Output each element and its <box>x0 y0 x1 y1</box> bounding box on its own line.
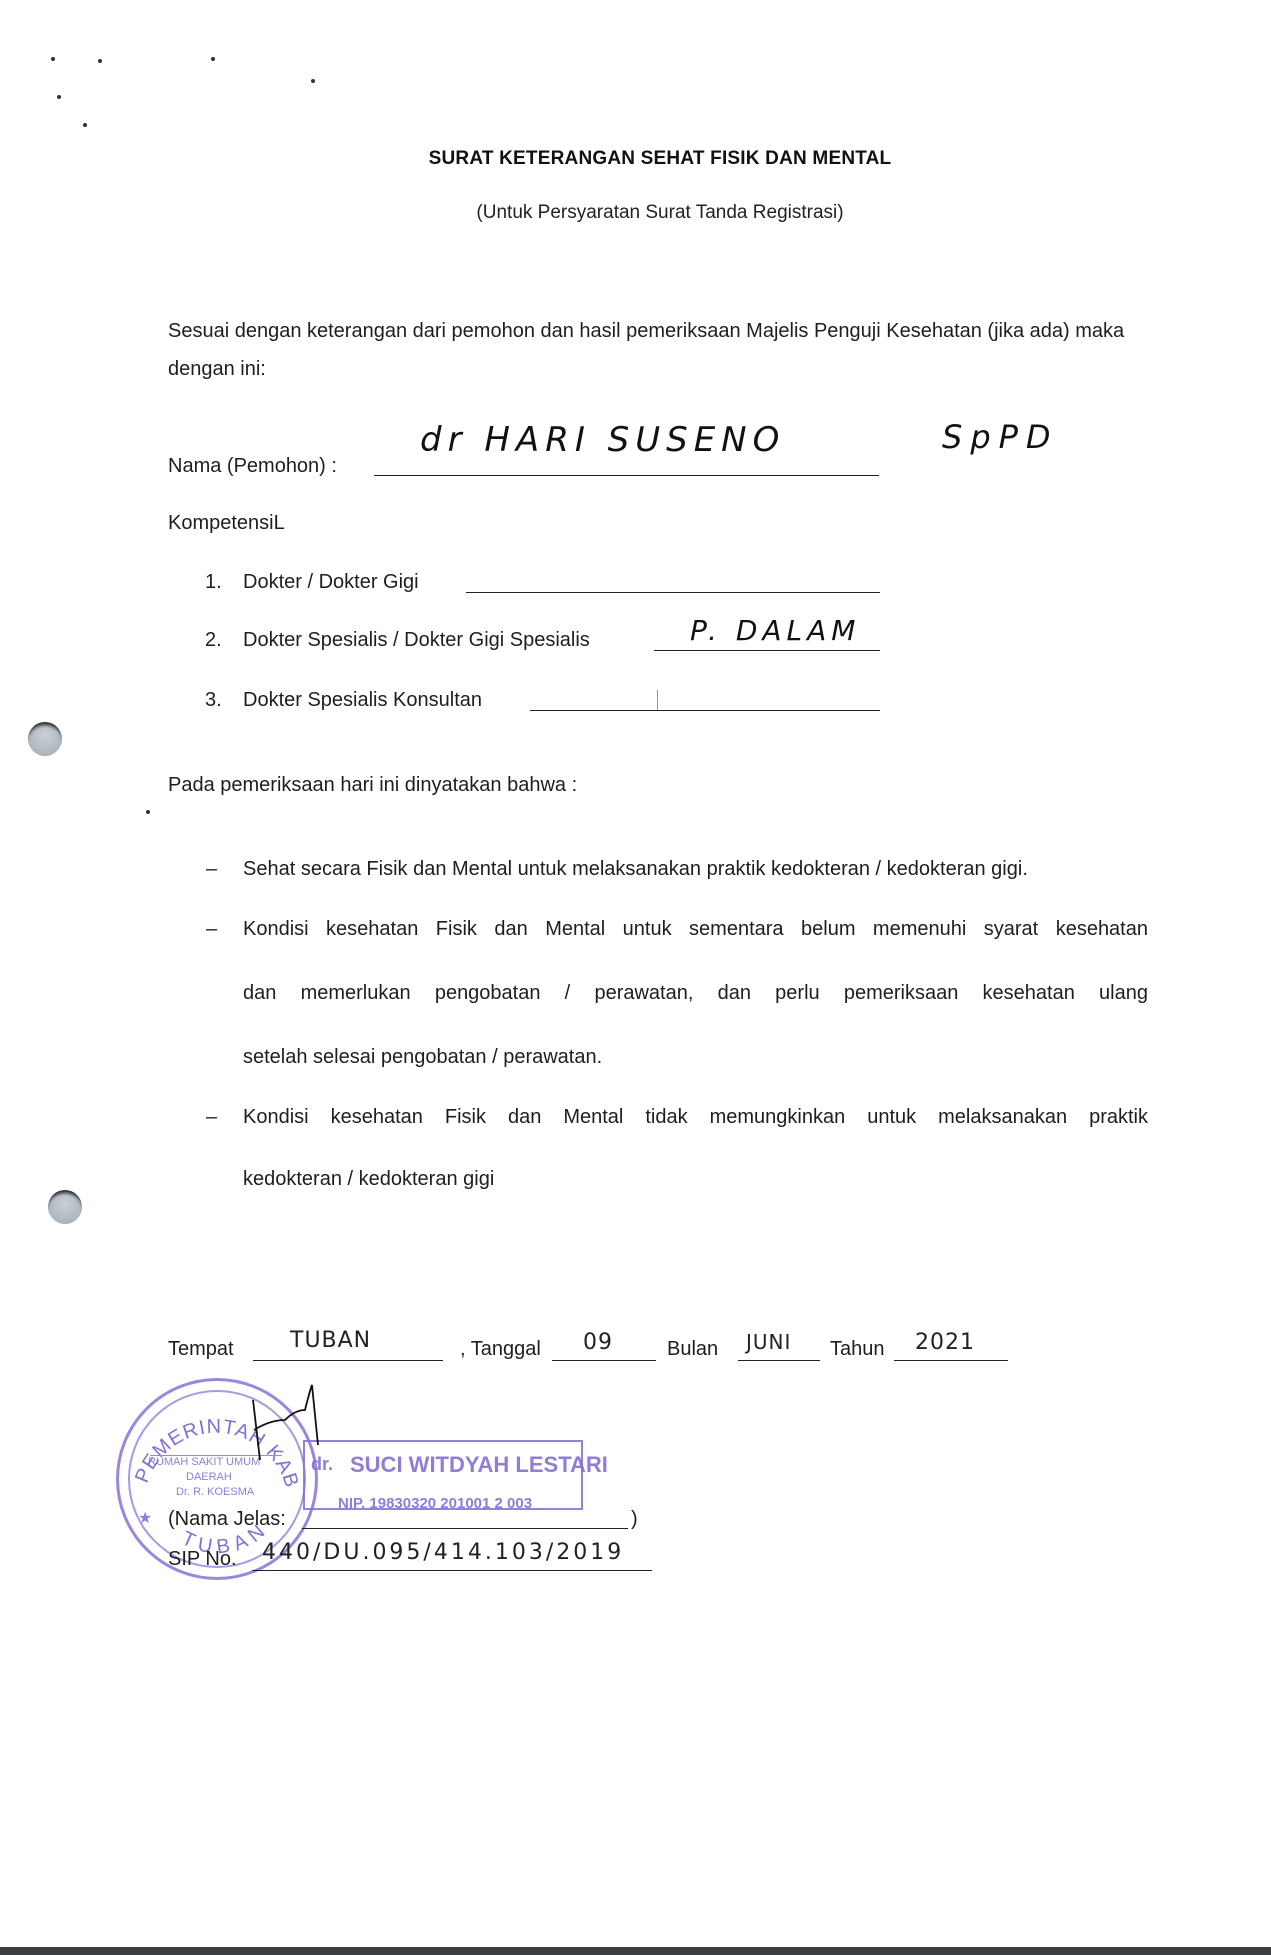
competency-label: Dokter Spesialis Konsultan <box>243 689 482 712</box>
competency-number: 1. <box>205 571 222 594</box>
competency-label: Dokter Spesialis / Dokter Gigi Spesialis <box>243 629 590 652</box>
competency-heading: KompetensiL <box>168 512 285 535</box>
name-clear-close: ) <box>631 1508 638 1531</box>
scan-speck <box>311 79 315 83</box>
competency-number: 2. <box>205 629 222 652</box>
punch-hole <box>48 1190 82 1224</box>
condition-temporary-line: Kondisi kesehatan Fisik dan Mental untuk… <box>243 918 1148 941</box>
applicant-name-field[interactable]: dr HARI SUSENO <box>420 420 785 460</box>
competency-line-consultant <box>530 710 880 711</box>
condition-temporary-line: setelah selesai pengobatan / perawatan. <box>243 1046 1148 1069</box>
scan-speck <box>51 57 55 61</box>
place-field[interactable]: TUBAN <box>290 1328 371 1353</box>
condition-bullet: – <box>206 1106 217 1129</box>
sip-line <box>252 1570 652 1571</box>
year-line <box>894 1360 1008 1361</box>
month-label: Bulan <box>667 1338 718 1361</box>
punch-hole <box>28 722 62 756</box>
place-line <box>253 1360 443 1361</box>
sip-number-field[interactable]: 440/DU.095/414.103/2019 <box>262 1540 624 1565</box>
scan-speck <box>57 95 61 99</box>
scan-speck <box>146 810 150 814</box>
date-line <box>552 1360 656 1361</box>
scan-speck <box>83 123 87 127</box>
competency-field-specialist[interactable]: P. DALAM <box>690 614 860 647</box>
intro-paragraph: Sesuai dengan keterangan dari pemohon da… <box>168 312 1158 388</box>
applicant-line <box>374 475 879 476</box>
date-field[interactable]: 09 <box>583 1330 613 1355</box>
scan-speck <box>211 57 215 61</box>
name-clear-line <box>302 1528 628 1529</box>
name-stamp-name: SUCI WITDYAH LESTARI <box>350 1452 608 1478</box>
condition-bullet: – <box>206 918 217 941</box>
condition-unfit-line: kedokteran / kedokteran gigi <box>243 1168 1148 1191</box>
scan-bottom-edge <box>0 1947 1271 1955</box>
condition-healthy: Sehat secara Fisik dan Mental untuk mela… <box>243 858 1148 881</box>
scan-speck <box>98 59 102 63</box>
competency-line-general <box>466 592 880 593</box>
star-icon: ★ <box>138 1508 152 1528</box>
stamp-line-2: DAERAH <box>186 1471 232 1483</box>
year-field[interactable]: 2021 <box>915 1330 975 1355</box>
month-line <box>738 1360 820 1361</box>
handwritten-signature <box>240 1380 350 1500</box>
competency-number: 3. <box>205 689 222 712</box>
name-stamp-nip: NIP. 19830320 201001 2 003 <box>338 1495 532 1512</box>
place-label: Tempat <box>168 1338 234 1361</box>
date-label: , Tanggal <box>460 1338 541 1361</box>
name-clear-label: (Nama Jelas: <box>168 1508 286 1531</box>
sip-label: SIP No. <box>168 1548 237 1571</box>
scan-mark <box>657 690 658 710</box>
competency-label: Dokter / Dokter Gigi <box>243 571 419 594</box>
applicant-label: Nama (Pemohon) : <box>168 455 337 478</box>
condition-bullet: – <box>206 858 217 881</box>
month-field[interactable]: JUNI <box>746 1330 791 1354</box>
document-subtitle: (Untuk Persyaratan Surat Tanda Registras… <box>0 202 1271 224</box>
condition-temporary-line: dan memerlukan pengobatan / perawatan, d… <box>243 982 1148 1005</box>
applicant-title-suffix: SpPD <box>942 418 1059 456</box>
findings-heading: Pada pemeriksaan hari ini dinyatakan bah… <box>168 774 577 797</box>
competency-line-specialist <box>654 650 880 651</box>
condition-unfit-line: Kondisi kesehatan Fisik dan Mental tidak… <box>243 1106 1148 1129</box>
document-title: SURAT KETERANGAN SEHAT FISIK DAN MENTAL <box>0 148 1271 170</box>
year-label: Tahun <box>830 1338 885 1361</box>
